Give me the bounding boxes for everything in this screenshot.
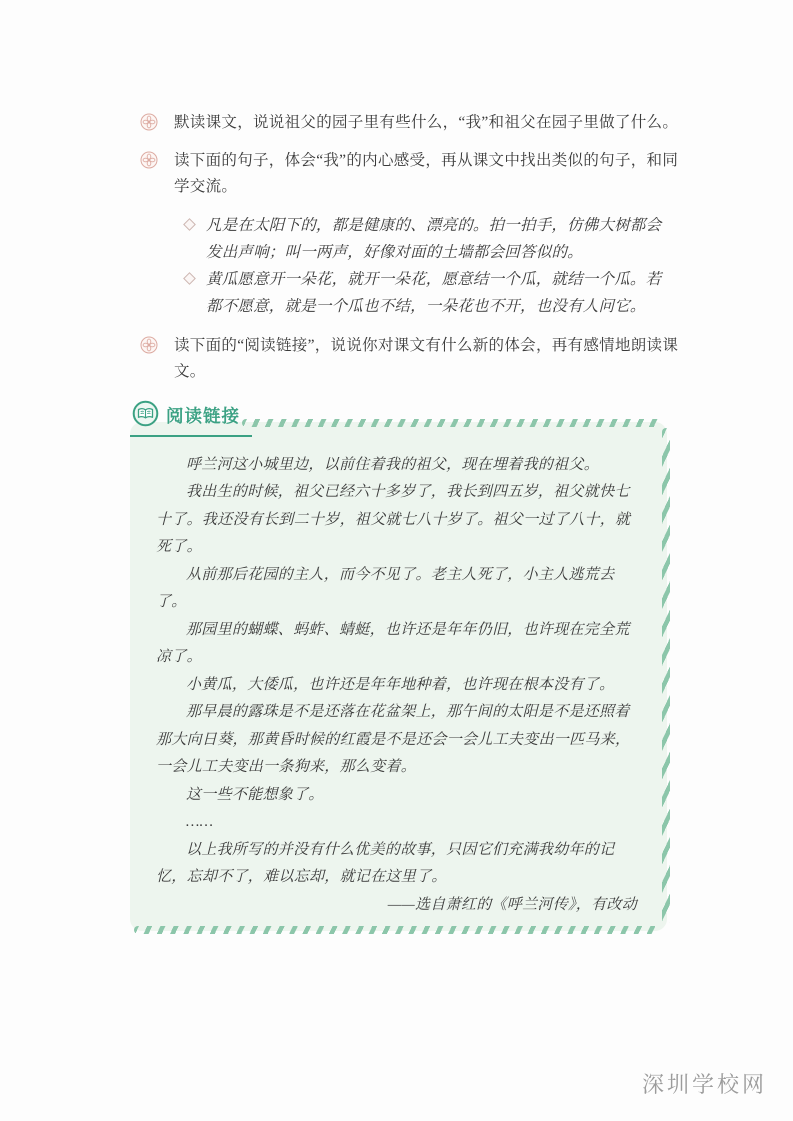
reading-link-section: 阅读链接 呼兰河这小城里边，以前住着我的祖父，现在埋着我的祖父。 我出生的时候，… (130, 400, 682, 932)
excerpt-paragraph: 以上我所写的并没有什么优美的故事，只因它们充满我幼年的记忆，忘却不了，难以忘却，… (156, 837, 643, 892)
excerpt-paragraph: 我出生的时候，祖父已经六十多岁了，我长到四五岁，祖父就快七十了。我还没有长到二十… (156, 479, 643, 562)
excerpt-paragraph: …… (156, 809, 643, 837)
example-sentence-text: 凡是在太阳下的，都是健康的、漂亮的。拍一拍手，仿佛大树都会发出声响；叫一两声，好… (206, 212, 676, 266)
diamond-bullet-icon (183, 218, 196, 231)
excerpt-paragraph: 呼兰河这小城里边，以前住着我的祖父，现在埋着我的祖父。 (156, 452, 643, 480)
diamond-bullet-icon (183, 272, 196, 285)
example-sentence-text: 黄瓜愿意开一朵花，就开一朵花，愿意结一个瓜，就结一个瓜。若都不愿意，就是一个瓜也… (206, 266, 676, 320)
exercise-text: 默读课文，说说祖父的园子里有些什么，“我”和祖父在园子里做了什么。 (174, 110, 682, 137)
book-circle-icon (132, 400, 159, 432)
exercise-text: 读下面的句子，体会“我”的内心感受，再从课文中找出类似的句子，和同学交流。 (174, 148, 682, 201)
flower-ornament-icon (140, 336, 158, 386)
hatched-border-right (662, 428, 670, 926)
excerpt-paragraph: 那园里的蝴蝶、蚂蚱、蜻蜓，也许还是年年仍旧，也许现在完全荒凉了。 (156, 617, 643, 672)
page-content: 默读课文，说说祖父的园子里有些什么，“我”和祖父在园子里做了什么。 读下面的句子… (130, 110, 682, 931)
watermark-text: 深圳学校网 (642, 1068, 767, 1099)
exercise-item-2: 读下面的句子，体会“我”的内心感受，再从课文中找出类似的句子，和同学交流。 (130, 148, 682, 201)
reading-link-title: 阅读链接 (166, 403, 240, 428)
reading-link-box: 呼兰河这小城里边，以前住着我的祖父，现在埋着我的祖父。 我出生的时候，祖父已经六… (130, 422, 667, 932)
hatched-border-bottom (134, 926, 661, 934)
textbook-page: 默读课文，说说祖父的园子里有些什么，“我”和祖父在园子里做了什么。 读下面的句子… (0, 0, 793, 1121)
excerpt-paragraph: 这一些不能想象了。 (156, 782, 643, 810)
reading-link-header: 阅读链接 (130, 400, 252, 437)
example-sentence-1: 凡是在太阳下的，都是健康的、漂亮的。拍一拍手，仿佛大树都会发出声响；叫一两声，好… (185, 212, 682, 266)
example-sentences: 凡是在太阳下的，都是健康的、漂亮的。拍一拍手，仿佛大树都会发出声响；叫一两声，好… (185, 212, 682, 320)
example-sentence-2: 黄瓜愿意开一朵花，就开一朵花，愿意结一个瓜，就结一个瓜。若都不愿意，就是一个瓜也… (185, 266, 682, 320)
source-attribution: ——选自萧红的《呼兰河传》，有改动 (156, 892, 643, 920)
exercise-text: 读下面的“阅读链接”，说说你对课文有什么新的体会，再有感情地朗读课文。 (174, 333, 682, 386)
excerpt-paragraph: 小黄瓜，大倭瓜，也许还是年年地种着，也许现在根本没有了。 (156, 672, 643, 700)
excerpt-paragraph: 那早晨的露珠是不是还落在花盆架上，那午间的太阳是不是还照着那大向日葵，那黄昏时候… (156, 699, 643, 782)
excerpt-paragraph: 从前那后花园的主人，而今不见了。老主人死了，小主人逃荒去了。 (156, 562, 643, 617)
exercise-item-1: 默读课文，说说祖父的园子里有些什么，“我”和祖父在园子里做了什么。 (130, 110, 682, 137)
hatched-border-top (242, 419, 663, 427)
flower-ornament-icon (140, 151, 158, 201)
exercise-item-3: 读下面的“阅读链接”，说说你对课文有什么新的体会，再有感情地朗读课文。 (130, 333, 682, 386)
flower-ornament-icon (140, 113, 158, 137)
